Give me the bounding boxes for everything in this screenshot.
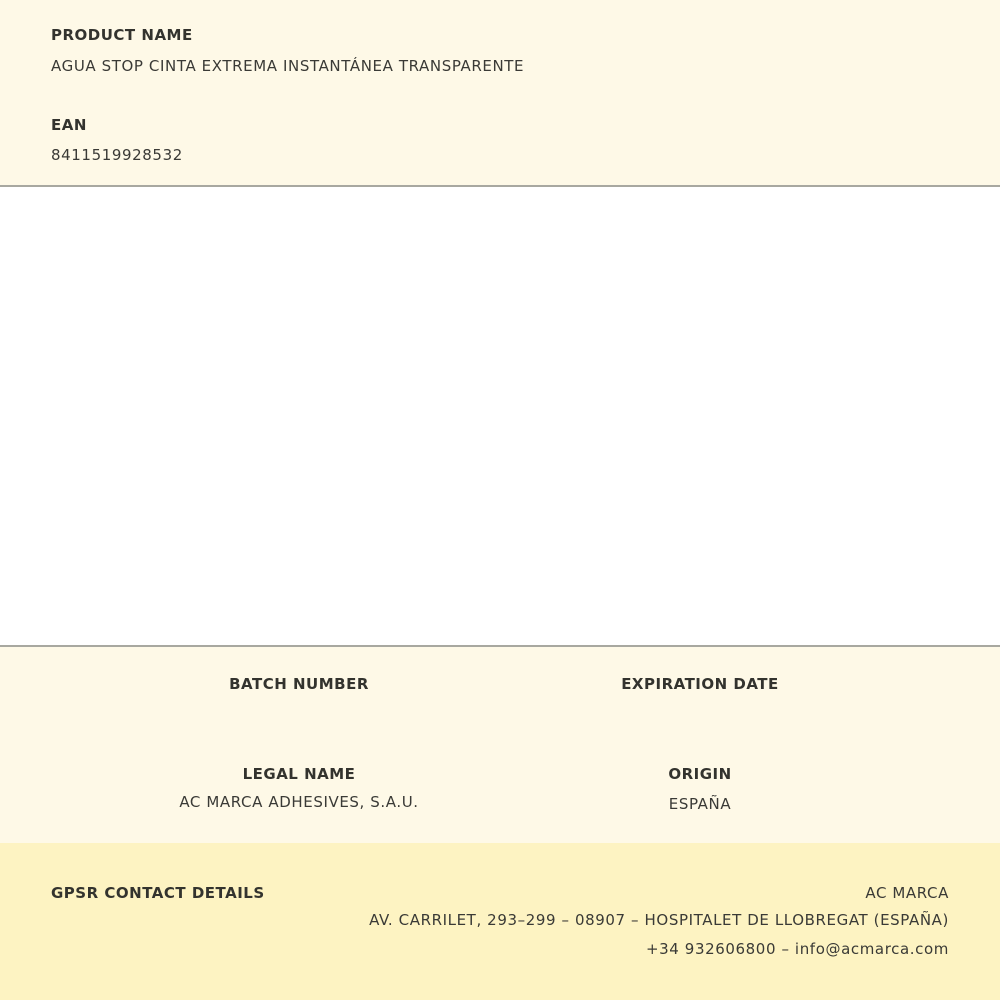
product-section: PRODUCT NAME AGUA STOP CINTA EXTREMA INS… bbox=[0, 0, 1000, 187]
origin-label: ORIGIN bbox=[500, 765, 900, 783]
details-section: BATCH NUMBER EXPIRATION DATE LEGAL NAME … bbox=[0, 645, 1000, 845]
gpsr-company: AC MARCA bbox=[865, 884, 949, 902]
legal-name-label: LEGAL NAME bbox=[99, 765, 499, 783]
expiration-date-label: EXPIRATION DATE bbox=[500, 675, 900, 693]
gpsr-contact: +34 932606800 – info@acmarca.com bbox=[646, 940, 949, 958]
product-name-label: PRODUCT NAME bbox=[51, 26, 193, 44]
product-name-value: AGUA STOP CINTA EXTREMA INSTANTÁNEA TRAN… bbox=[51, 57, 524, 75]
batch-number-label: BATCH NUMBER bbox=[99, 675, 499, 693]
gpsr-label: GPSR CONTACT DETAILS bbox=[51, 884, 265, 902]
gpsr-section: GPSR CONTACT DETAILS AC MARCA AV. CARRIL… bbox=[0, 843, 1000, 1000]
gpsr-address: AV. CARRILET, 293–299 – 08907 – HOSPITAL… bbox=[369, 911, 949, 929]
ean-value: 8411519928532 bbox=[51, 146, 183, 164]
ean-label: EAN bbox=[51, 116, 87, 134]
origin-value: ESPAÑA bbox=[500, 795, 900, 813]
legal-name-value: AC MARCA ADHESIVES, S.A.U. bbox=[99, 793, 499, 811]
